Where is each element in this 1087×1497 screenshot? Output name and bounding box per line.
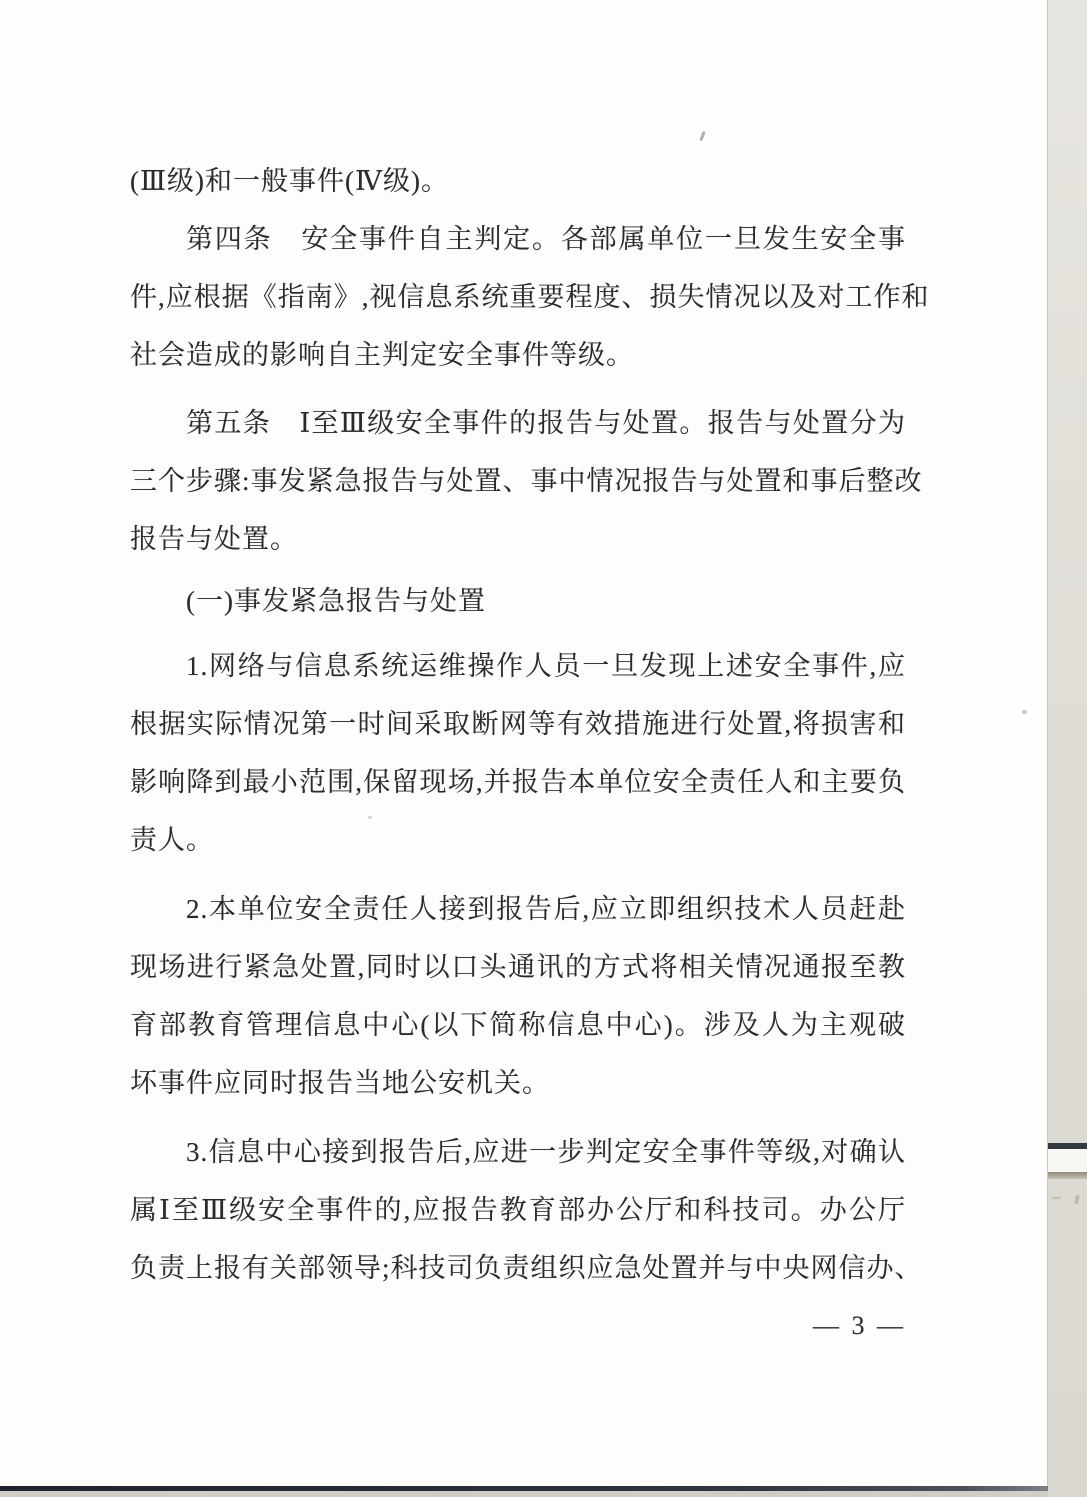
text-line: 坏事件应同时报告当地公安机关。: [130, 1054, 906, 1112]
scanner-edge-strip: [1047, 0, 1087, 1497]
scan-speck: [1022, 710, 1027, 714]
text-line: 第五条 Ⅰ至Ⅲ级安全事件的报告与处置。报告与处置分为: [130, 394, 906, 452]
text-line: 报告与处置。: [130, 510, 906, 568]
page-number: — 3 —: [130, 1306, 920, 1346]
scanned-page: (Ⅲ级)和一般事件(Ⅳ级)。 第四条 安全事件自主判定。各部属单位一旦发生安全事…: [0, 0, 1087, 1497]
text-line: 三个步骤:事发紧急报告与处置、事中情况报告与处置和事后整改: [130, 452, 906, 510]
text-line: 现场进行紧急处置,同时以口头通讯的方式将相关情况通报至教: [130, 938, 906, 996]
text-line: 1.网络与信息系统运维操作人员一旦发现上述安全事件,应: [130, 637, 906, 695]
text-line: 社会造成的影响自主判定安全事件等级。: [130, 326, 906, 384]
document-body: (Ⅲ级)和一般事件(Ⅳ级)。 第四条 安全事件自主判定。各部属单位一旦发生安全事…: [130, 152, 906, 1297]
text-line: 件,应根据《指南》,视信息系统重要程度、损失情况以及对工作和: [130, 268, 906, 326]
scan-speck: [368, 816, 372, 819]
text-line: 育部教育管理信息中心(以下简称信息中心)。涉及人为主观破: [130, 996, 906, 1054]
text-line: 责人。: [130, 811, 906, 869]
text-line: (一)事发紧急报告与处置: [130, 572, 906, 630]
scan-speck: [1052, 1196, 1061, 1199]
text-line: 属Ⅰ至Ⅲ级安全事件的,应报告教育部办公厅和科技司。办公厅: [130, 1181, 906, 1239]
sheet-edge-shadow-lower: [1048, 1172, 1087, 1179]
text-line: 负责上报有关部领导;科技司负责组织应急处置并与中央网信办、: [130, 1239, 906, 1297]
text-line: 2.本单位安全责任人接到报告后,应立即组织技术人员赶赴: [130, 880, 906, 938]
page-bottom-edge-shadow: [0, 1491, 1048, 1497]
text-line: 影响降到最小范围,保留现场,并报告本单位安全责任人和主要负: [130, 753, 906, 811]
text-line: (Ⅲ级)和一般事件(Ⅳ级)。: [130, 152, 906, 210]
text-line: 3.信息中心接到报告后,应进一步判定安全事件等级,对确认: [130, 1123, 906, 1181]
scan-speck: [1074, 1195, 1080, 1205]
text-line: 根据实际情况第一时间采取断网等有效措施进行处置,将损害和: [130, 695, 906, 753]
text-line: 第四条 安全事件自主判定。各部属单位一旦发生安全事: [130, 210, 906, 268]
scan-speck: [699, 131, 705, 141]
sheet-edge-highlight: [1048, 1149, 1087, 1172]
